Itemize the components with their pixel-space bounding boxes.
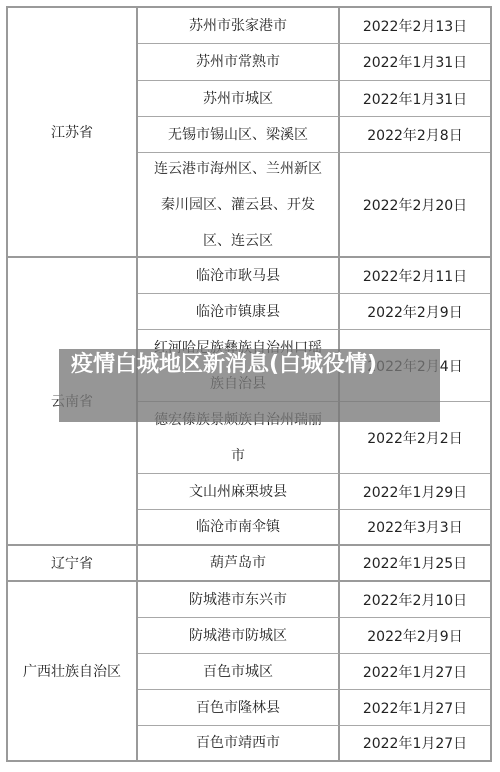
overlay-title: 疫情白城地区新消息(白城役情)	[71, 352, 428, 378]
date-cell: 2022年1月27日	[340, 654, 490, 690]
date-cell: 2022年1月29日	[340, 474, 490, 510]
date-cell: 2022年1月27日	[340, 726, 490, 760]
area-cell: 葫芦岛市	[138, 546, 340, 582]
title-overlay-banner: 疫情白城地区新消息(白城役情)	[59, 349, 440, 422]
date-cell: 2022年2月10日	[340, 582, 490, 618]
date-cell: 2022年2月13日	[340, 8, 490, 44]
area-cell: 临沧市镇康县	[138, 294, 340, 330]
area-cell: 苏州市城区	[138, 81, 340, 117]
area-cell: 百色市靖西市	[138, 726, 340, 760]
area-cell: 苏州市张家港市	[138, 8, 340, 44]
area-cell: 无锡市锡山区、梁溪区	[138, 117, 340, 153]
date-cell: 2022年2月9日	[340, 618, 490, 654]
province-cell: 辽宁省	[8, 546, 138, 582]
province-cell: 广西壮族自治区	[8, 582, 138, 760]
date-cell: 2022年2月20日	[340, 153, 490, 258]
area-cell: 临沧市南伞镇	[138, 510, 340, 546]
date-cell: 2022年2月11日	[340, 258, 490, 294]
area-cell: 连云港市海州区、兰州新区秦川园区、灌云县、开发区、连云区	[138, 153, 340, 258]
date-cell: 2022年1月27日	[340, 690, 490, 726]
date-cell: 2022年2月9日	[340, 294, 490, 330]
date-cell: 2022年1月25日	[340, 546, 490, 582]
date-cell: 2022年2月8日	[340, 117, 490, 153]
date-cell: 2022年3月3日	[340, 510, 490, 546]
area-cell: 临沧市耿马县	[138, 258, 340, 294]
area-cell: 苏州市常熟市	[138, 44, 340, 81]
area-cell: 文山州麻栗坡县	[138, 474, 340, 510]
date-cell: 2022年1月31日	[340, 81, 490, 117]
province-cell: 江苏省	[8, 8, 138, 258]
date-cell: 2022年1月31日	[340, 44, 490, 81]
area-cell: 百色市隆林县	[138, 690, 340, 726]
area-cell: 百色市城区	[138, 654, 340, 690]
area-cell: 防城港市东兴市	[138, 582, 340, 618]
area-cell: 防城港市防城区	[138, 618, 340, 654]
